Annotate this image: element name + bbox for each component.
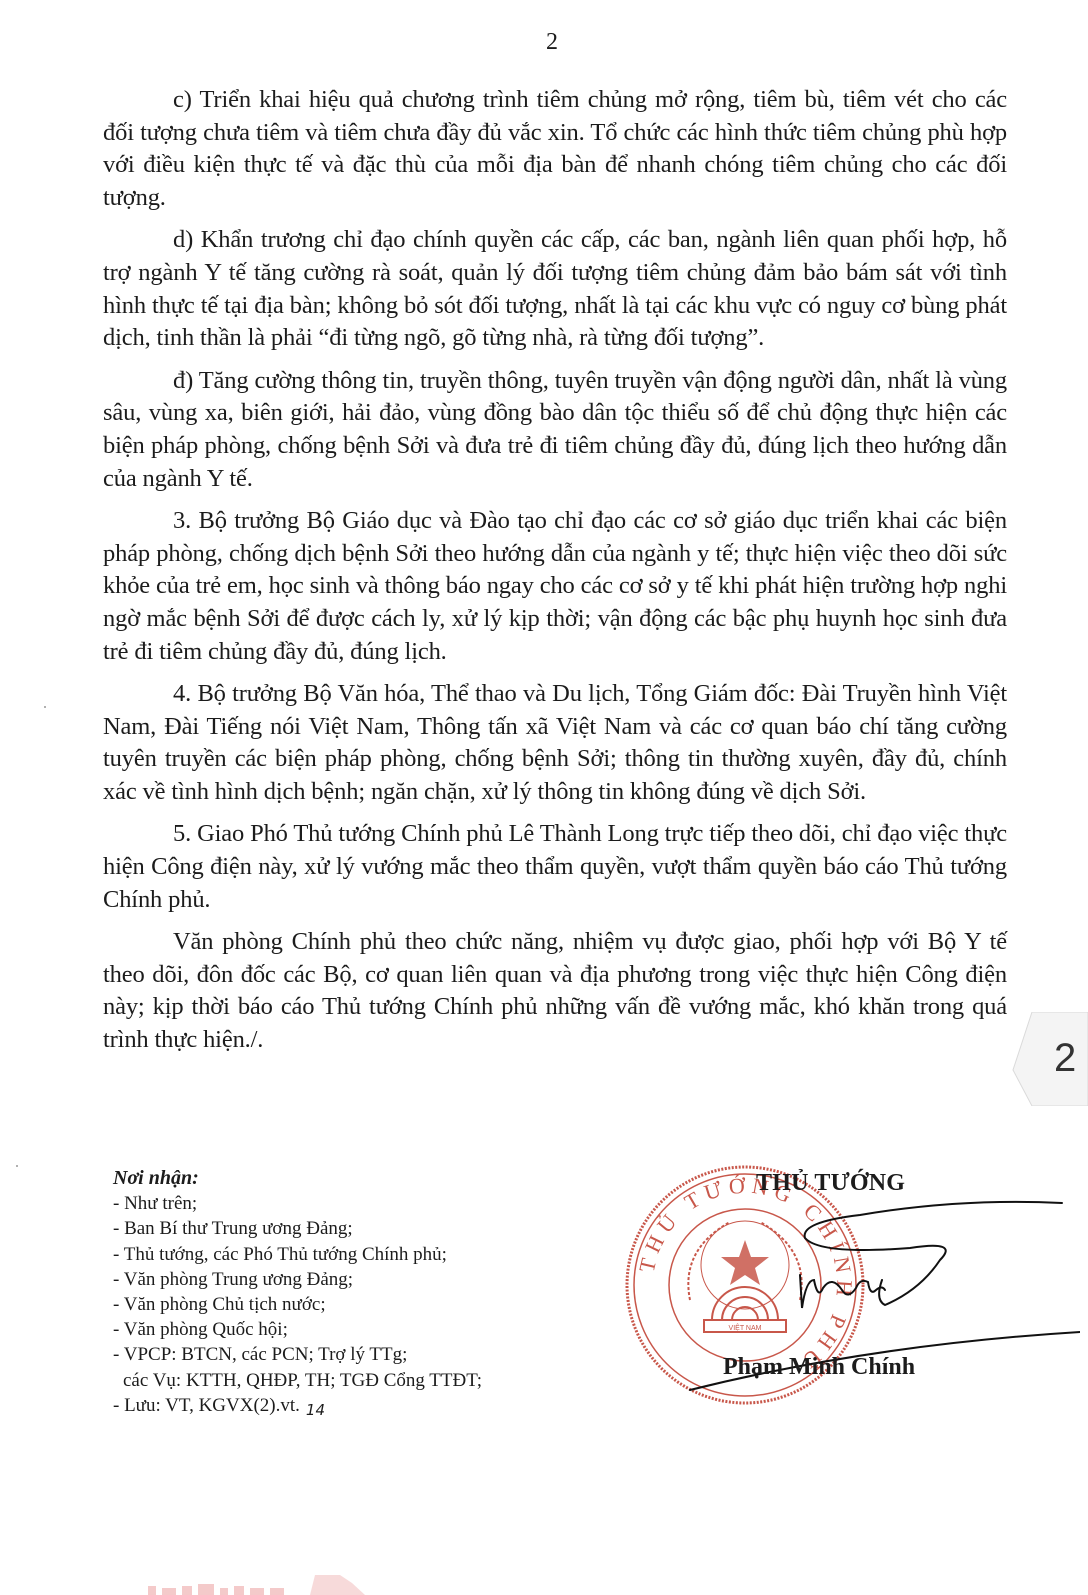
page-indicator-tab[interactable]: 2	[1010, 1012, 1088, 1106]
document-body: c) Triển khai hiệu quả chương trình tiêm…	[103, 84, 1007, 1067]
recipient-item: - Ban Bí thư Trung ương Đảng;	[113, 1216, 593, 1241]
recipients-title: Nơi nhận:	[113, 1166, 593, 1191]
recipient-item: - Thủ tướng, các Phó Thủ tướng Chính phủ…	[113, 1242, 593, 1267]
paragraph-5: 5. Giao Phó Thủ tướng Chính phủ Lê Thành…	[103, 818, 1007, 916]
recipient-item: - Văn phòng Trung ương Đảng;	[113, 1267, 593, 1292]
paragraph-d: d) Khẩn trương chỉ đạo chính quyền các c…	[103, 224, 1007, 354]
recipient-item: các Vụ: KTTH, QHĐP, TH; TGĐ Cổng TTĐT;	[113, 1368, 593, 1393]
archive-label: - Lưu: VT, KGVX(2).vt.	[113, 1395, 300, 1416]
recipient-item: - VPCP: BTCN, các PCN; Trợ lý TTg;	[113, 1342, 593, 1367]
page-number: 2	[0, 27, 1088, 57]
recipient-item: - Như trên;	[113, 1191, 593, 1216]
signature-block: THỦ TƯỚNG CHÍNH PHỦ VIỆT NAM THỦ TƯỚNG P…	[620, 1160, 1080, 1410]
page-indicator-label: 2	[1054, 1036, 1076, 1081]
recipient-item: - Văn phòng Quốc hội;	[113, 1317, 593, 1342]
recipient-item: - Văn phòng Chủ tịch nước;	[113, 1292, 593, 1317]
paragraph-c: c) Triển khai hiệu quả chương trình tiêm…	[103, 84, 1007, 214]
paragraph-dd: đ) Tăng cường thông tin, truyền thông, t…	[103, 365, 1007, 495]
paragraph-closing: Văn phòng Chính phủ theo chức năng, nhiệ…	[103, 926, 1007, 1056]
tab-shape-icon	[1010, 1012, 1088, 1106]
recipient-item-archive: - Lưu: VT, KGVX(2).vt.14	[113, 1393, 593, 1419]
paragraph-4: 4. Bộ trưởng Bộ Văn hóa, Thể thao và Du …	[103, 678, 1007, 808]
scan-speck	[16, 1165, 18, 1167]
scan-speck	[44, 706, 46, 708]
signer-name: Phạm Minh Chính	[723, 1354, 915, 1381]
paragraph-3: 3. Bộ trưởng Bộ Giáo dục và Đào tạo chỉ …	[103, 505, 1007, 668]
watermark-logo-icon	[140, 1568, 380, 1595]
handwritten-count: 14	[306, 1401, 325, 1419]
recipients-list: Nơi nhận: - Như trên; - Ban Bí thư Trung…	[113, 1166, 593, 1419]
